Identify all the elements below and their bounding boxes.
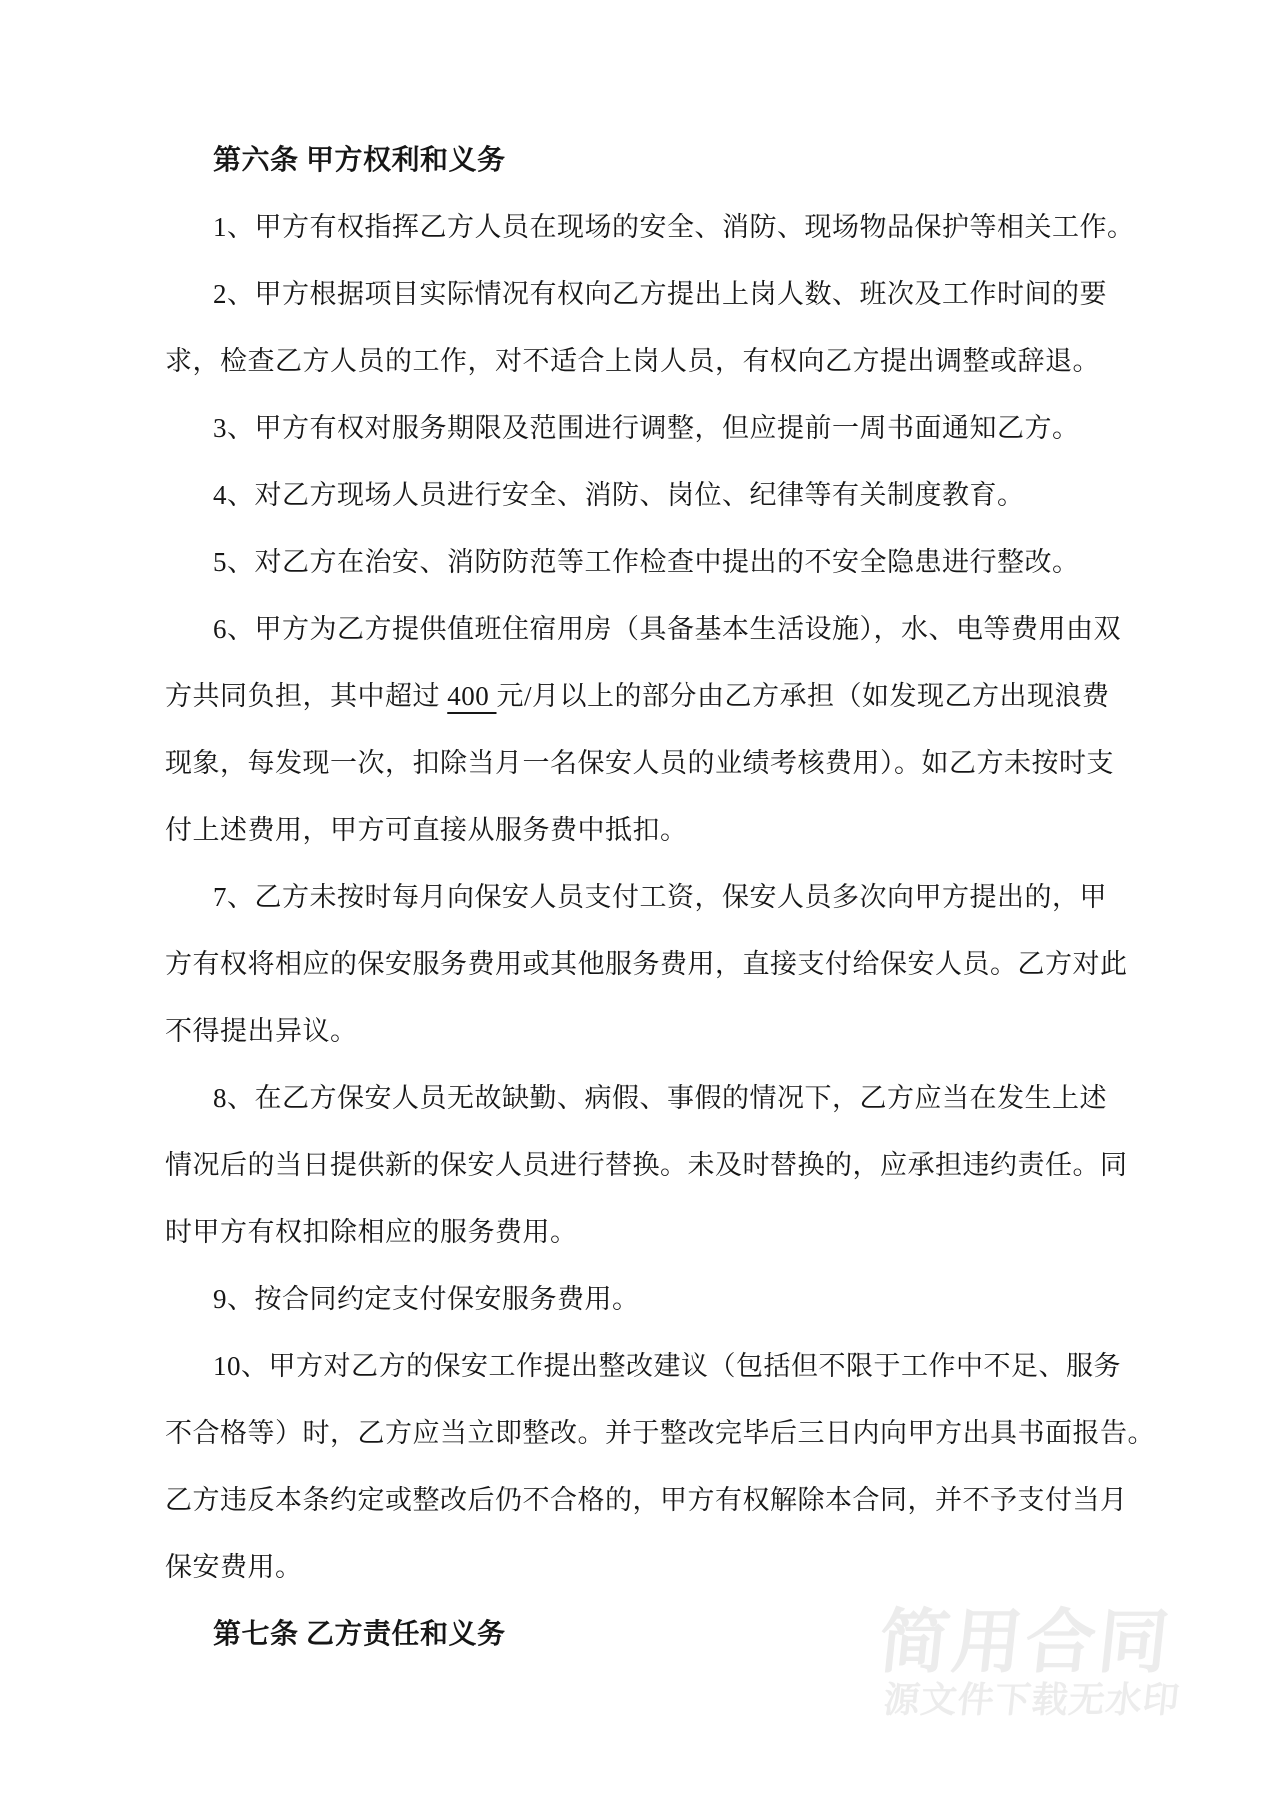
- paragraph-line: 3、甲方有权对服务期限及范围进行调整，但应提前一周书面通知乙方。: [165, 395, 1170, 462]
- text-run: 第六条 甲方权利和义务: [213, 145, 506, 176]
- text-run: 2、甲方根据项目实际情况有权向乙方提出上岗人数、班次及工作时间的要: [213, 279, 1107, 309]
- underlined-value: 400: [447, 681, 496, 711]
- paragraph-line: 方有权将相应的保安服务费用或其他服务费用，直接支付给保安人员。乙方对此: [165, 931, 1170, 998]
- paragraph-line: 不得提出异议。: [165, 998, 1170, 1065]
- text-run: 不得提出异议。: [165, 1016, 358, 1046]
- paragraph-line: 8、在乙方保安人员无故缺勤、病假、事假的情况下，乙方应当在发生上述: [165, 1065, 1170, 1132]
- paragraph-line: 现象，每发现一次，扣除当月一名保安人员的业绩考核费用）。如乙方未按时支: [165, 730, 1170, 797]
- text-run: 6、甲方为乙方提供值班住宿用房（具备基本生活设施），水、电等费用由双: [213, 614, 1121, 644]
- paragraph-line: 乙方违反本条约定或整改后仍不合格的，甲方有权解除本合同，并不予支付当月: [165, 1467, 1170, 1534]
- text-run: 8、在乙方保安人员无故缺勤、病假、事假的情况下，乙方应当在发生上述: [213, 1083, 1107, 1113]
- paragraph-line: 9、按合同约定支付保安服务费用。: [165, 1266, 1170, 1333]
- paragraph-line: 10、甲方对乙方的保安工作提出整改建议（包括但不限于工作中不足、服务: [165, 1333, 1170, 1400]
- paragraph-line: 不合格等）时，乙方应当立即整改。并于整改完毕后三日内向甲方出具书面报告。: [165, 1400, 1170, 1467]
- paragraph-line: 4、对乙方现场人员进行安全、消防、岗位、纪律等有关制度教育。: [165, 462, 1170, 529]
- paragraph-line: 2、甲方根据项目实际情况有权向乙方提出上岗人数、班次及工作时间的要: [165, 261, 1170, 328]
- document-body: 第六条 甲方权利和义务1、甲方有权指挥乙方人员在现场的安全、消防、现场物品保护等…: [165, 127, 1170, 1668]
- paragraph-line: 方共同负担，其中超过 400 元/月以上的部分由乙方承担（如发现乙方出现浪费: [165, 663, 1170, 730]
- text-run: 时甲方有权扣除相应的服务费用。: [165, 1217, 578, 1247]
- text-run: 元/月以上的部分由乙方承担（如发现乙方出现浪费: [497, 681, 1110, 711]
- paragraph-line: 6、甲方为乙方提供值班住宿用房（具备基本生活设施），水、电等费用由双: [165, 596, 1170, 663]
- text-run: 不合格等）时，乙方应当立即整改。并于整改完毕后三日内向甲方出具书面报告。: [165, 1418, 1155, 1448]
- text-run: 求，检查乙方人员的工作，对不适合上岗人员，有权向乙方提出调整或辞退。: [165, 346, 1100, 376]
- text-run: 付上述费用，甲方可直接从服务费中抵扣。: [165, 815, 688, 845]
- text-run: 1、甲方有权指挥乙方人员在现场的安全、消防、现场物品保护等相关工作。: [213, 212, 1135, 242]
- text-run: 现象，每发现一次，扣除当月一名保安人员的业绩考核费用）。如乙方未按时支: [165, 748, 1114, 778]
- text-run: 4、对乙方现场人员进行安全、消防、岗位、纪律等有关制度教育。: [213, 480, 1025, 510]
- paragraph-line: 付上述费用，甲方可直接从服务费中抵扣。: [165, 797, 1170, 864]
- text-run: 保安费用。: [165, 1552, 303, 1582]
- section-heading: 第六条 甲方权利和义务: [165, 127, 1170, 194]
- text-run: 方共同负担，其中超过: [165, 681, 447, 711]
- text-run: 10、甲方对乙方的保安工作提出整改建议（包括但不限于工作中不足、服务: [213, 1351, 1121, 1381]
- text-run: 第七条 乙方责任和义务: [213, 1619, 506, 1650]
- text-run: 乙方违反本条约定或整改后仍不合格的，甲方有权解除本合同，并不予支付当月: [165, 1485, 1128, 1515]
- watermark-subtitle: 源文件下载无水印: [881, 1672, 1182, 1723]
- paragraph-line: 情况后的当日提供新的保安人员进行替换。未及时替换的，应承担违约责任。同: [165, 1132, 1170, 1199]
- paragraph-line: 求，检查乙方人员的工作，对不适合上岗人员，有权向乙方提出调整或辞退。: [165, 328, 1170, 395]
- paragraph-line: 时甲方有权扣除相应的服务费用。: [165, 1199, 1170, 1266]
- paragraph-line: 1、甲方有权指挥乙方人员在现场的安全、消防、现场物品保护等相关工作。: [165, 194, 1170, 261]
- text-run: 9、按合同约定支付保安服务费用。: [213, 1284, 640, 1314]
- text-run: 7、乙方未按时每月向保安人员支付工资，保安人员多次向甲方提出的，甲: [213, 882, 1107, 912]
- paragraph-line: 7、乙方未按时每月向保安人员支付工资，保安人员多次向甲方提出的，甲: [165, 864, 1170, 931]
- text-run: 5、对乙方在治安、消防防范等工作检查中提出的不安全隐患进行整改。: [213, 547, 1080, 577]
- text-run: 3、甲方有权对服务期限及范围进行调整，但应提前一周书面通知乙方。: [213, 413, 1080, 443]
- paragraph-line: 5、对乙方在治安、消防防范等工作检查中提出的不安全隐患进行整改。: [165, 529, 1170, 596]
- text-run: 方有权将相应的保安服务费用或其他服务费用，直接支付给保安人员。乙方对此: [165, 949, 1128, 979]
- contract-page: 第六条 甲方权利和义务1、甲方有权指挥乙方人员在现场的安全、消防、现场物品保护等…: [0, 0, 1280, 1810]
- text-run: 情况后的当日提供新的保安人员进行替换。未及时替换的，应承担违约责任。同: [165, 1150, 1128, 1180]
